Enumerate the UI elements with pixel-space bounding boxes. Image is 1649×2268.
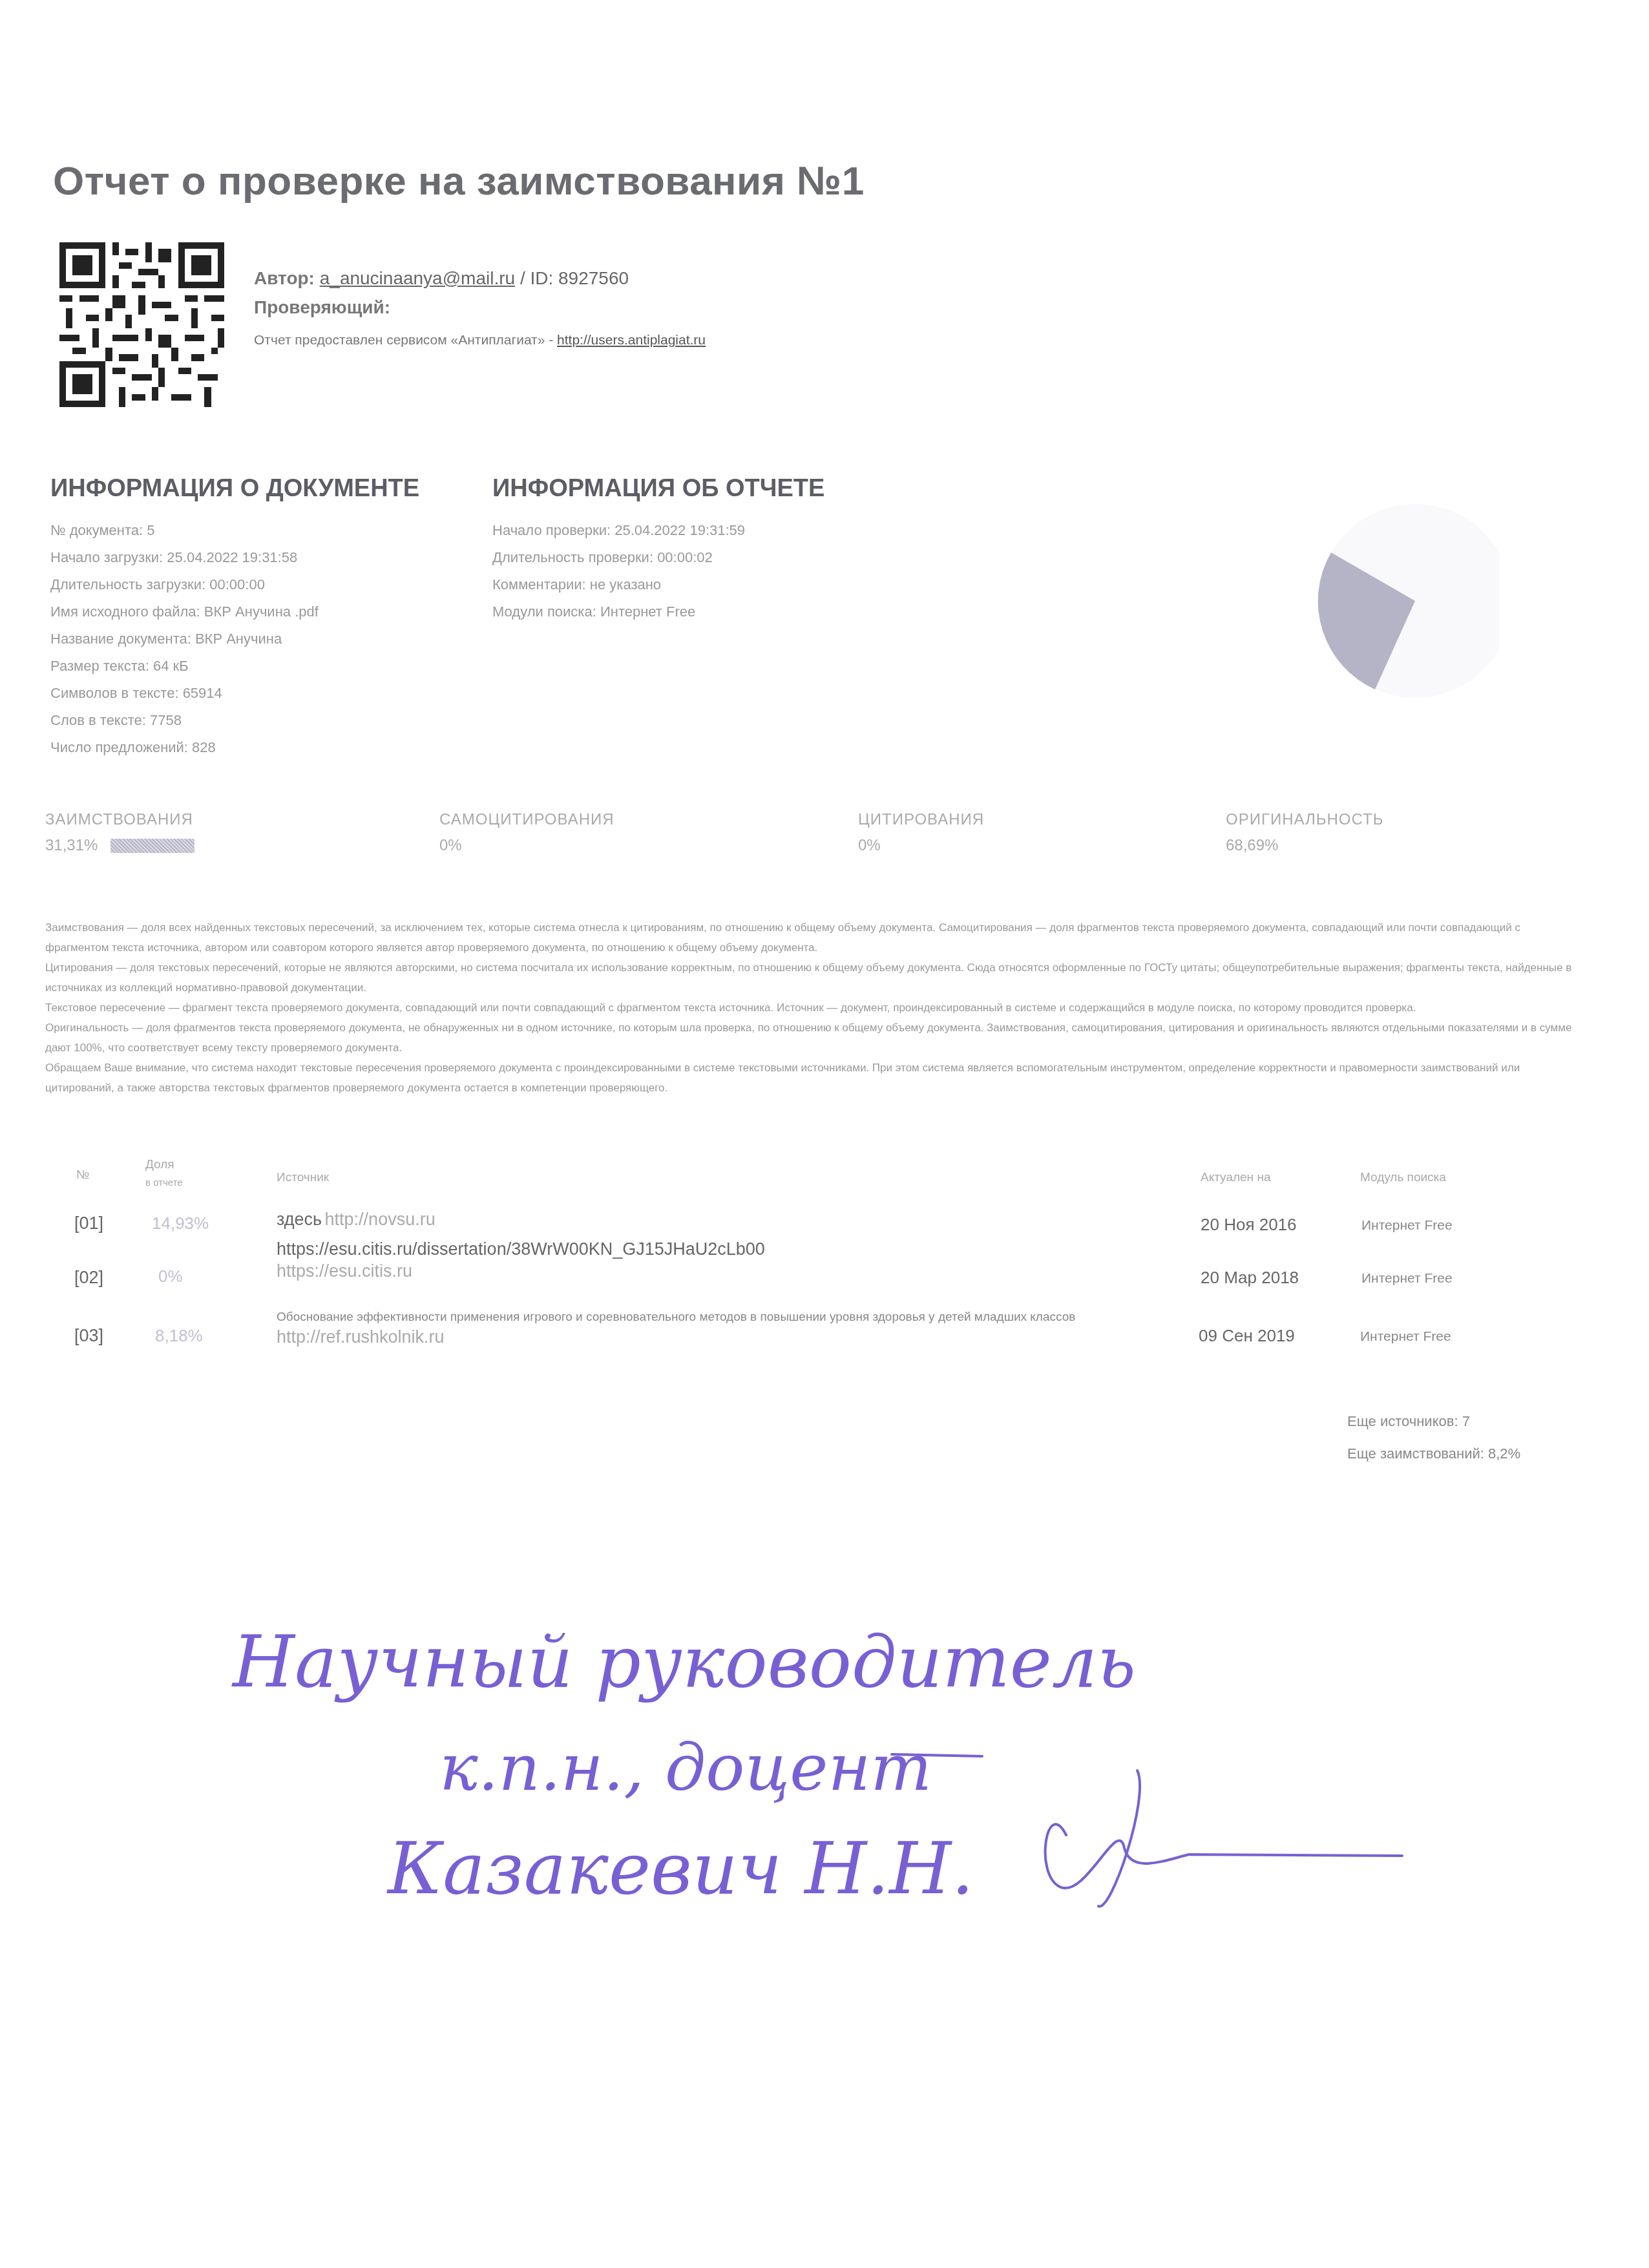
author-id: / ID: 8927560 bbox=[520, 268, 629, 288]
row-3-module: Интернет Free bbox=[1360, 1329, 1451, 1345]
check-start: Начало проверки: 25.04.2022 19:31:59 bbox=[492, 517, 745, 544]
borrowing-label: ЗАИМСТВОВАНИЯ bbox=[45, 811, 194, 829]
self-citation-label: САМОЦИТИРОВАНИЯ bbox=[439, 811, 614, 829]
col-header-actual: Актуален на bbox=[1201, 1171, 1270, 1185]
text-size: Размер текста: 64 кБ bbox=[50, 653, 319, 680]
author-email-link[interactable]: a_anucinaanya@mail.ru bbox=[320, 268, 515, 288]
originality-label: ОРИГИНАЛЬНОСТЬ bbox=[1226, 811, 1383, 829]
doc-number: № документа: 5 bbox=[50, 517, 319, 544]
definition-originality: Оригинальность — доля фрагментов текста … bbox=[45, 1018, 1583, 1058]
reviewer-label: Проверяющий: bbox=[254, 297, 390, 317]
author-label: Автор: bbox=[254, 268, 315, 288]
citation-label: ЦИТИРОВАНИЯ bbox=[858, 811, 984, 829]
row-2-source-link[interactable]: https://esu.citis.ru bbox=[277, 1261, 412, 1281]
sentence-count: Число предложений: 828 bbox=[50, 734, 319, 761]
upload-start: Начало загрузки: 25.04.2022 19:31:58 bbox=[50, 544, 319, 571]
svg-text:Научный руководитель: Научный руководитель bbox=[231, 1621, 1136, 1703]
document-info-list: № документа: 5 Начало загрузки: 25.04.20… bbox=[50, 517, 319, 761]
row-2-share: 0% bbox=[158, 1266, 183, 1286]
row-1-source-link[interactable]: http://novsu.ru bbox=[325, 1210, 436, 1229]
col-header-share-sub: в отчете bbox=[145, 1177, 183, 1188]
document-name: Название документа: ВКР Анучина bbox=[50, 625, 319, 653]
row-1-date: 20 Ноя 2016 bbox=[1201, 1215, 1297, 1235]
comments: Комментарии: не указано bbox=[492, 571, 745, 598]
search-modules: Модули поиска: Интернет Free bbox=[492, 598, 745, 625]
row-1-num: [01] bbox=[74, 1213, 103, 1234]
stat-originality: ОРИГИНАЛЬНОСТЬ 68,69% bbox=[1226, 811, 1383, 855]
originality-value: 68,69% bbox=[1226, 837, 1278, 855]
col-header-num: № bbox=[76, 1168, 89, 1182]
row-1-source-text: здесь bbox=[277, 1210, 322, 1229]
check-duration: Длительность проверки: 00:00:02 bbox=[492, 544, 745, 571]
row-2-source-url[interactable]: https://esu.citis.ru/dissertation/38WrW0… bbox=[277, 1239, 765, 1259]
qr-code-icon bbox=[59, 242, 224, 407]
originality-pie-chart bbox=[1279, 491, 1499, 711]
citation-value: 0% bbox=[858, 837, 881, 855]
col-header-source: Источник bbox=[277, 1171, 329, 1185]
row-3-source-title: Обоснование эффективности применения игр… bbox=[277, 1310, 1168, 1325]
definition-citation: Цитирования — доля текстовых пересечений… bbox=[45, 958, 1583, 998]
more-borrowings-percent: Еще заимствований: 8,2% bbox=[1347, 1438, 1520, 1470]
stat-self-citation: САМОЦИТИРОВАНИЯ 0% bbox=[439, 811, 614, 855]
col-header-module: Модуль поиска bbox=[1360, 1171, 1446, 1185]
row-1-source: здесь http://novsu.ru bbox=[277, 1210, 436, 1230]
disclaimer: Обращаем Ваше внимание, что система нахо… bbox=[45, 1058, 1583, 1098]
word-count: Слов в тексте: 7758 bbox=[50, 707, 319, 734]
row-2-module: Интернет Free bbox=[1361, 1271, 1453, 1286]
stat-borrowing: ЗАИМСТВОВАНИЯ 31,31% bbox=[45, 811, 194, 855]
row-3-num: [03] bbox=[74, 1326, 103, 1346]
author-meta: Автор: a_anucinaanya@mail.ru / ID: 89275… bbox=[254, 264, 629, 322]
provided-text: Отчет предоставлен сервисом «Антиплагиат… bbox=[254, 333, 553, 348]
more-sources-summary: Еще источников: 7 Еще заимствований: 8,2… bbox=[1347, 1405, 1520, 1470]
col-header-share: Доля bbox=[145, 1158, 174, 1172]
char-count: Символов в тексте: 65914 bbox=[50, 680, 319, 707]
document-info-heading: ИНФОРМАЦИЯ О ДОКУМЕНТЕ bbox=[50, 475, 419, 503]
definition-intersection: Текстовое пересечение — фрагмент текста … bbox=[45, 998, 1583, 1018]
row-3-share: 8,18% bbox=[155, 1326, 203, 1346]
antiplagiat-link[interactable]: http://users.antiplagiat.ru bbox=[557, 333, 706, 348]
borrowing-value: 31,31% bbox=[45, 837, 98, 855]
row-3-source-link[interactable]: http://ref.rushkolnik.ru bbox=[277, 1327, 445, 1347]
svg-text:Казакевич Н.Н.: Казакевич Н.Н. bbox=[386, 1827, 974, 1910]
row-1-module: Интернет Free bbox=[1361, 1218, 1453, 1234]
definition-borrowing: Заимствования — доля всех найденных текс… bbox=[45, 918, 1583, 958]
stat-citation: ЦИТИРОВАНИЯ 0% bbox=[858, 811, 984, 855]
definitions-block: Заимствования — доля всех найденных текс… bbox=[45, 918, 1583, 1098]
upload-duration: Длительность загрузки: 00:00:00 bbox=[50, 571, 319, 598]
report-info-list: Начало проверки: 25.04.2022 19:31:59 Дли… bbox=[492, 517, 745, 625]
report-info-heading: ИНФОРМАЦИЯ ОБ ОТЧЕТЕ bbox=[492, 475, 824, 503]
row-2-date: 20 Мар 2018 bbox=[1201, 1268, 1299, 1288]
row-2-num: [02] bbox=[74, 1268, 103, 1288]
handwritten-signature: Научный руководитель к.п.н., доцент Каза… bbox=[207, 1602, 1434, 1926]
row-3-date: 09 Сен 2019 bbox=[1199, 1326, 1295, 1346]
provided-by: Отчет предоставлен сервисом «Антиплагиат… bbox=[254, 333, 706, 348]
source-filename: Имя исходного файла: ВКР Анучина .pdf bbox=[50, 598, 319, 625]
svg-text:к.п.н., доцент: к.п.н., доцент bbox=[439, 1730, 932, 1805]
borrowing-bar bbox=[110, 839, 194, 853]
report-title: Отчет о проверке на заимствования №1 bbox=[53, 158, 865, 204]
more-sources-count: Еще источников: 7 bbox=[1347, 1405, 1520, 1438]
self-citation-value: 0% bbox=[439, 837, 462, 855]
row-1-share: 14,93% bbox=[152, 1213, 209, 1234]
